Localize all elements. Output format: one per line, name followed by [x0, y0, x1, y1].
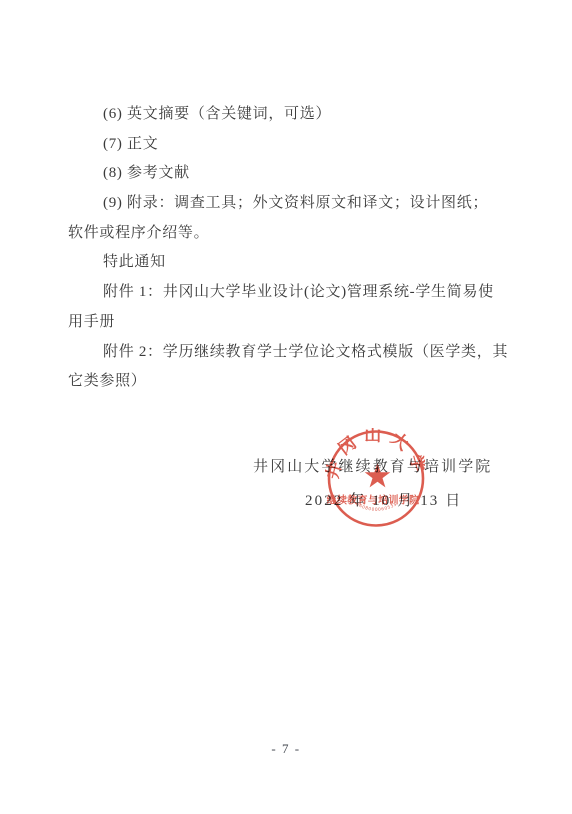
page-number: - 7 -	[0, 741, 572, 757]
star-icon	[365, 463, 391, 487]
body-line: 附件 1：井冈山大学毕业设计(论文)管理系统-学生简易使	[68, 278, 520, 308]
body-line: 软件或程序介绍等。	[68, 219, 520, 249]
official-seal-stamp: 井冈山大学 继续教育与培训学院 3608000060533	[325, 428, 425, 528]
body-line: (8) 参考文献	[68, 159, 520, 189]
body-line: 附件 2：学历继续教育学士学位论文格式模版（医学类，其	[68, 338, 520, 368]
notice-body: (6) 英文摘要（含关键词，可选） (7) 正文 (8) 参考文献 (9) 附录…	[68, 100, 520, 397]
body-line: 它类参照）	[68, 367, 520, 397]
body-line: (9) 附录：调查工具；外文资料原文和译文；设计图纸；	[68, 189, 520, 219]
body-line: 用手册	[68, 308, 520, 338]
body-line: 特此通知	[68, 248, 520, 278]
document-page: (6) 英文摘要（含关键词，可选） (7) 正文 (8) 参考文献 (9) 附录…	[0, 0, 572, 814]
body-line: (7) 正文	[68, 130, 520, 160]
seal-department-text: 继续教育与培训学院	[327, 494, 420, 507]
body-line: (6) 英文摘要（含关键词，可选）	[68, 100, 520, 130]
